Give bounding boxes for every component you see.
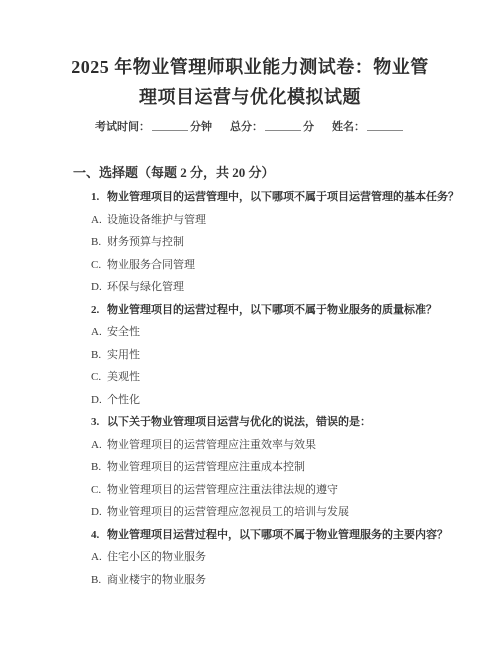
exam-time-label: 考试时间：	[95, 121, 150, 133]
exam-total-group: 总分：分	[230, 121, 314, 133]
question-2-text: 物业管理项目的运营过程中，以下哪项不属于物业服务的质量标准？	[107, 304, 437, 316]
exam-name-group: 姓名：	[332, 121, 405, 133]
question-2-option-b-text: 实用性	[107, 349, 140, 361]
question-3-option-d: D.物业管理项目的运营管理应忽视员工的培训与发展	[0, 501, 500, 524]
question-2-option-c-text: 美观性	[107, 371, 140, 383]
question-1-number: 1.	[91, 186, 107, 209]
question-1-option-b: B.财务预算与控制	[0, 231, 500, 254]
exam-total-blank	[265, 121, 301, 131]
question-1-option-c-label: C.	[91, 254, 107, 277]
question-2-option-b-label: B.	[91, 344, 107, 367]
question-4-text: 物业管理项目运营过程中，以下哪项不属于物业管理服务的主要内容？	[107, 529, 448, 541]
question-3-option-d-text: 物业管理项目的运营管理应忽视员工的培训与发展	[107, 506, 349, 518]
question-2-number: 2.	[91, 299, 107, 322]
question-2-option-c: C.美观性	[0, 366, 500, 389]
page-title-line-1: 2025 年物业管理师职业能力测试卷：物业管	[71, 57, 429, 77]
question-2-option-d-text: 个性化	[107, 394, 140, 406]
section-title: 一、选择题（每题 2 分，共 20 分）	[0, 165, 500, 181]
question-4: 4.物业管理项目运营过程中，以下哪项不属于物业管理服务的主要内容？	[0, 524, 500, 547]
question-2-option-a-label: A.	[91, 321, 107, 344]
question-4-option-b-text: 商业楼宇的物业服务	[107, 574, 206, 586]
question-1-option-a: A.设施设备维护与管理	[0, 209, 500, 232]
exam-name-blank	[367, 121, 403, 131]
exam-total-label: 总分：	[230, 121, 263, 133]
question-1: 1.物业管理项目的运营管理中，以下哪项不属于项目运营管理的基本任务？	[0, 186, 500, 209]
question-2: 2.物业管理项目的运营过程中，以下哪项不属于物业服务的质量标准？	[0, 299, 500, 322]
question-1-option-d-text: 环保与绿化管理	[107, 281, 184, 293]
question-3-option-c-label: C.	[91, 479, 107, 502]
question-2-option-d: D.个性化	[0, 389, 500, 412]
exam-total-unit: 分	[303, 121, 314, 133]
question-3-option-b-text: 物业管理项目的运营管理应注重成本控制	[107, 461, 305, 473]
question-1-text: 物业管理项目的运营管理中，以下哪项不属于项目运营管理的基本任务？	[107, 191, 459, 203]
question-3-option-b: B.物业管理项目的运营管理应注重成本控制	[0, 456, 500, 479]
question-4-option-a: A.住宅小区的物业服务	[0, 546, 500, 569]
question-1-option-d: D.环保与绿化管理	[0, 276, 500, 299]
question-1-option-c: C.物业服务合同管理	[0, 254, 500, 277]
question-3-number: 3.	[91, 411, 107, 434]
question-3-option-c: C.物业管理项目的运营管理应注重法律法规的遵守	[0, 479, 500, 502]
question-3-option-d-label: D.	[91, 501, 107, 524]
question-3-option-a: A.物业管理项目的运营管理应注重效率与效果	[0, 434, 500, 457]
page-title-line-2: 理项目运营与优化模拟试题	[139, 87, 361, 107]
question-3-option-a-label: A.	[91, 434, 107, 457]
question-3-option-b-label: B.	[91, 456, 107, 479]
question-2-option-a: A.安全性	[0, 321, 500, 344]
question-3: 3.以下关于物业管理项目运营与优化的说法，错误的是：	[0, 411, 500, 434]
question-list: 1.物业管理项目的运营管理中，以下哪项不属于项目运营管理的基本任务？ A.设施设…	[0, 186, 500, 591]
question-2-option-a-text: 安全性	[107, 326, 140, 338]
question-2-option-c-label: C.	[91, 366, 107, 389]
exam-time-unit: 分钟	[190, 121, 212, 133]
question-1-option-a-text: 设施设备维护与管理	[107, 214, 206, 226]
question-4-number: 4.	[91, 524, 107, 547]
question-3-text: 以下关于物业管理项目运营与优化的说法，错误的是：	[107, 416, 371, 428]
question-4-option-a-text: 住宅小区的物业服务	[107, 551, 206, 563]
question-3-option-a-text: 物业管理项目的运营管理应注重效率与效果	[107, 439, 316, 451]
exam-time-blank	[152, 121, 188, 131]
question-2-option-b: B.实用性	[0, 344, 500, 367]
question-3-option-c-text: 物业管理项目的运营管理应注重法律法规的遵守	[107, 484, 338, 496]
question-4-option-a-label: A.	[91, 546, 107, 569]
question-1-option-a-label: A.	[91, 209, 107, 232]
question-1-option-b-label: B.	[91, 231, 107, 254]
question-4-option-b: B.商业楼宇的物业服务	[0, 569, 500, 592]
question-1-option-c-text: 物业服务合同管理	[107, 259, 195, 271]
exam-name-label: 姓名：	[332, 121, 365, 133]
exam-meta-line: 考试时间：分钟总分：分姓名：	[0, 120, 500, 135]
exam-time-group: 考试时间：分钟	[95, 121, 212, 133]
question-4-option-b-label: B.	[91, 569, 107, 592]
question-1-option-b-text: 财务预算与控制	[107, 236, 184, 248]
page-title: 2025 年物业管理师职业能力测试卷：物业管理项目运营与优化模拟试题	[0, 0, 500, 112]
exam-document-page: 2025 年物业管理师职业能力测试卷：物业管理项目运营与优化模拟试题 考试时间：…	[0, 0, 500, 647]
question-2-option-d-label: D.	[91, 389, 107, 412]
question-1-option-d-label: D.	[91, 276, 107, 299]
